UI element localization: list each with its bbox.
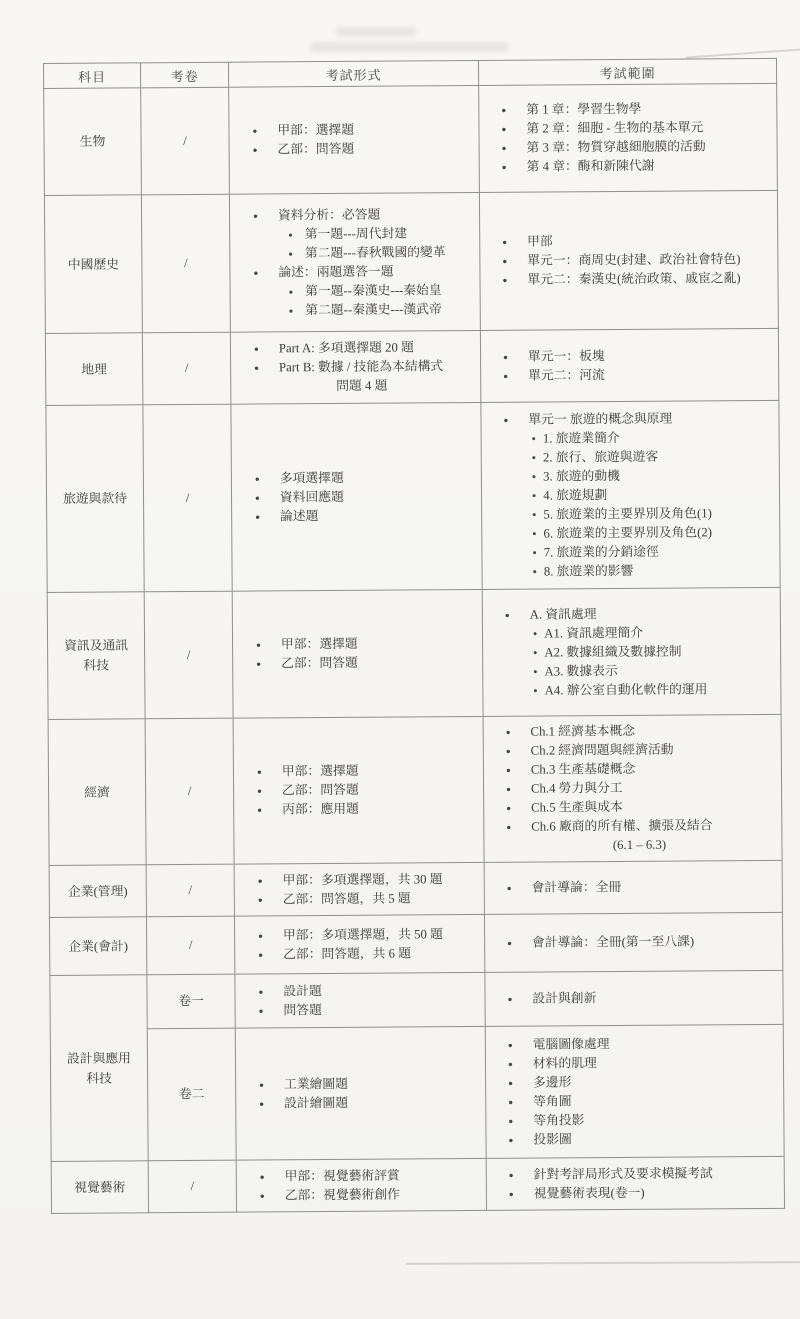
bullet-icon: ● bbox=[258, 890, 263, 909]
bullet-icon: ● bbox=[256, 635, 261, 654]
bullet-icon: ● bbox=[503, 347, 508, 366]
list-item-text: 8. 旅遊業的影響 bbox=[544, 560, 774, 581]
scope-cell: ●甲部●單元一：商周史(封建、政治社會特色)●單元二：秦漢史(統治政策、戚宦之亂… bbox=[479, 190, 778, 330]
list-item: ●單元一：商周史(封建、政治社會特色) bbox=[499, 250, 771, 271]
bullet-icon: ● bbox=[502, 158, 507, 177]
column-header-subject: 科目 bbox=[44, 63, 141, 89]
list-item: ●設計繪圖題 bbox=[256, 1092, 477, 1113]
subject-line: 旅遊與款待 bbox=[49, 488, 141, 509]
subject-line: 科技 bbox=[50, 655, 142, 676]
subject-line: 生物 bbox=[46, 131, 138, 152]
bullet-icon: ● bbox=[258, 926, 263, 945]
list-item: ●4. 旅遊規劃 bbox=[532, 484, 773, 505]
bullet-icon: ● bbox=[254, 358, 259, 377]
bullet-icon: ● bbox=[506, 799, 511, 818]
continuation-line: (6.1 – 6.3) bbox=[503, 835, 775, 856]
list-item: ●第二題---春秋戰國的變革 bbox=[288, 243, 471, 263]
list-item: ●5. 旅遊業的主要界別及角色(1) bbox=[532, 503, 773, 524]
list-item-text: 資料分析：必答題 bbox=[278, 205, 471, 225]
paper-cell: / bbox=[148, 1160, 236, 1213]
list-item: ●第一題---周代封建 bbox=[288, 224, 471, 244]
bullet-icon: ● bbox=[505, 605, 510, 624]
list-item-text: 論述：兩題選答一題 bbox=[278, 262, 471, 282]
list-item: ●第 3 章：物質穿越細胞膜的活動 bbox=[499, 137, 771, 158]
bullet-icon: ● bbox=[507, 990, 512, 1009]
list-item: ●乙部：問答題，共 5 題 bbox=[255, 888, 476, 909]
list-item-text: 視覺藝術表現(卷一) bbox=[534, 1182, 778, 1203]
bullet-icon: ● bbox=[508, 1054, 513, 1073]
scope-cell: ●Ch.1 經濟基本概念●Ch.2 經濟問題與經濟活動●Ch.3 生產基礎概念●… bbox=[483, 714, 782, 862]
list-item: ●2. 旅行、旅遊與遊客 bbox=[532, 446, 773, 467]
exam-spec-table-wrap: 科目 考卷 考試形式 考試範圍 生物/●甲部：選擇題●乙部：問答題●第 1 章：… bbox=[43, 58, 785, 1214]
list-item: ●設計與創新 bbox=[504, 988, 776, 1009]
scope-cell: ●A. 資訊處理●A1. 資訊處理簡介●A2. 數據組織及數據控制●A3. 數據… bbox=[482, 587, 781, 716]
list-item-text: 多項選擇題 bbox=[280, 468, 473, 488]
list-item-text: 乙部：問答題，共 6 題 bbox=[283, 943, 476, 963]
bullet-icon: ● bbox=[254, 340, 259, 359]
list-item-text: 甲部：選擇題 bbox=[277, 120, 470, 140]
bullet-icon: ● bbox=[288, 225, 293, 244]
paper-cell: / bbox=[143, 404, 232, 592]
bullet-icon: ● bbox=[532, 448, 536, 467]
bullet-icon: ● bbox=[258, 982, 263, 1001]
list-item: ●論述題 bbox=[252, 506, 473, 527]
format-cell: ●甲部：選擇題●乙部：問答題 bbox=[232, 589, 483, 718]
list-item: ●第 1 章：學習生物學 bbox=[498, 99, 770, 120]
bleedthrough-text-line-2 bbox=[310, 42, 508, 52]
list-item: ●乙部：問答題 bbox=[253, 653, 474, 674]
list-item-text: 第 1 章：學習生物學 bbox=[526, 99, 770, 120]
list-item-text: Ch.4 勞力與分工 bbox=[531, 778, 775, 799]
list-item: ●多項選擇題 bbox=[252, 468, 473, 489]
list-item-text: 第二題---春秋戰國的變革 bbox=[305, 243, 472, 263]
list-item-text: 3. 旅遊的動機 bbox=[543, 465, 773, 486]
bullet-icon: ● bbox=[532, 562, 536, 581]
list-item-text: 乙部：視覺藝術創作 bbox=[285, 1184, 478, 1204]
list-item: ●甲部：多項選擇題，共 50 題 bbox=[255, 924, 476, 945]
list-item-text: 材料的肌理 bbox=[533, 1052, 777, 1073]
list-item: ●單元一：板塊 bbox=[500, 345, 772, 366]
format-cell: ●甲部：視覺藝術評賞●乙部：視覺藝術創作 bbox=[236, 1158, 486, 1212]
bullet-icon: ● bbox=[507, 934, 512, 953]
list-item: ●視覺藝術表現(卷一) bbox=[506, 1182, 778, 1203]
list-item: ●丙部：應用題 bbox=[254, 799, 475, 820]
paper-cell: / bbox=[146, 864, 234, 917]
paper-cell: / bbox=[142, 332, 231, 405]
table-row: 經濟/●甲部：選擇題●乙部：問答題●丙部：應用題●Ch.1 經濟基本概念●Ch.… bbox=[48, 714, 782, 865]
list-item: ●第 4 章：酶和新陳代謝 bbox=[499, 156, 771, 177]
subject-line: 地理 bbox=[48, 359, 140, 380]
format-cell: ●甲部：選擇題●乙部：問答題●丙部：應用題 bbox=[233, 716, 484, 864]
list-item: ●Ch.1 經濟基本概念 bbox=[503, 721, 775, 742]
bullet-icon: ● bbox=[532, 429, 536, 448]
list-item-text: 設計繪圖題 bbox=[284, 1092, 477, 1112]
subject-cell: 旅遊與款待 bbox=[46, 405, 144, 593]
bullet-icon: ● bbox=[506, 742, 511, 761]
list-item: ●Ch.5 生產與成本 bbox=[503, 797, 775, 818]
table-row: 企業(管理)/●甲部：多項選擇題，共 30 題●乙部：問答題，共 5 題●會計導… bbox=[49, 860, 782, 917]
list-item-text: 7. 旅遊業的分銷途徑 bbox=[544, 541, 774, 562]
list-item-text: Part B: 數據 / 技能為本結構式 bbox=[279, 357, 472, 377]
list-item: ●等角投影 bbox=[505, 1109, 777, 1130]
table-row: 企業(會計)/●甲部：多項選擇題，共 50 題●乙部：問答題，共 6 題●會計導… bbox=[49, 912, 782, 975]
bullet-icon: ● bbox=[502, 233, 507, 252]
list-item-text: 電腦圖像處理 bbox=[533, 1033, 777, 1054]
subject-line: 設計與應用 bbox=[53, 1048, 145, 1069]
list-item-text: 單元一 旅遊的概念與原理 bbox=[528, 408, 772, 429]
bullet-icon: ● bbox=[259, 1075, 264, 1094]
bullet-icon: ● bbox=[259, 1094, 264, 1113]
list-item: ●會計導論：全冊(第一至八課) bbox=[504, 932, 776, 953]
list-item: ●A3. 數據表示 bbox=[533, 660, 774, 681]
list-item-text: 問答題 bbox=[283, 999, 476, 1019]
bleedthrough-text-line-1 bbox=[336, 27, 416, 36]
format-cell: ●Part A: 多項選擇題 20 題●Part B: 數據 / 技能為本結構式… bbox=[230, 330, 480, 404]
table-row: 設計與應用科技卷一●設計題●問答題●設計與創新 bbox=[50, 970, 783, 1029]
list-item: ●工業繪圖題 bbox=[256, 1073, 477, 1094]
list-item-text: 工業繪圖題 bbox=[284, 1073, 477, 1093]
scope-cell: ●第 1 章：學習生物學●第 2 章：細胞 - 生物的基本單元●第 3 章：物質… bbox=[479, 83, 778, 192]
list-item: ●針對考評局形式及要求模擬考試 bbox=[506, 1163, 778, 1184]
bullet-icon: ● bbox=[253, 141, 258, 160]
subject-cell: 中國歷史 bbox=[44, 195, 142, 334]
subject-line: 資訊及通訊 bbox=[50, 635, 142, 656]
table-row: 資訊及通訊科技/●甲部：選擇題●乙部：問答題●A. 資訊處理●A1. 資訊處理簡… bbox=[47, 587, 781, 719]
list-item-text: 設計與創新 bbox=[532, 988, 776, 1009]
list-item: ●資料分析：必答題 bbox=[250, 205, 471, 226]
list-item: ●甲部 bbox=[499, 231, 771, 252]
list-item: ●6. 旅遊業的主要界別及角色(2) bbox=[532, 522, 773, 543]
list-item: ●Ch.3 生產基礎概念 bbox=[503, 759, 775, 780]
list-item-text: 2. 旅行、旅遊與遊客 bbox=[543, 446, 773, 467]
format-cell: ●設計題●問答題 bbox=[235, 972, 485, 1028]
bullet-icon: ● bbox=[503, 366, 508, 385]
list-item-text: 甲部：視覺藝術評賞 bbox=[285, 1165, 478, 1185]
scope-cell: ●電腦圖像處理●材料的肌理●多邊形●等角圖●等角投影●投影圖 bbox=[485, 1024, 784, 1158]
bullet-icon: ● bbox=[255, 488, 260, 507]
list-item: ●Ch.2 經濟問題與經濟活動 bbox=[503, 740, 775, 761]
list-item-text: 第一題---周代封建 bbox=[305, 224, 472, 244]
list-item: ●Part B: 數據 / 技能為本結構式 bbox=[251, 357, 472, 378]
list-item: ●A2. 數據組織及數據控制 bbox=[533, 641, 774, 662]
paper-cell: 卷一 bbox=[147, 974, 235, 1029]
bullet-icon: ● bbox=[533, 624, 537, 643]
bullet-icon: ● bbox=[253, 263, 258, 282]
column-header-paper: 考卷 bbox=[141, 62, 229, 88]
format-cell: ●甲部：多項選擇題，共 30 題●乙部：問答題，共 5 題 bbox=[234, 862, 484, 916]
bullet-icon: ● bbox=[289, 282, 294, 301]
list-item: ●甲部：選擇題 bbox=[253, 634, 474, 655]
bullet-icon: ● bbox=[253, 206, 258, 225]
bullet-icon: ● bbox=[502, 139, 507, 158]
list-item-text: 5. 旅遊業的主要界別及角色(1) bbox=[543, 503, 773, 524]
bullet-icon: ● bbox=[289, 301, 294, 320]
list-item-text: 6. 旅遊業的主要界別及角色(2) bbox=[543, 522, 773, 543]
list-item: ●8. 旅遊業的影響 bbox=[532, 560, 773, 581]
scan-artifact-top-right bbox=[686, 47, 800, 58]
bullet-icon: ● bbox=[258, 871, 263, 890]
bullet-icon: ● bbox=[508, 1130, 513, 1149]
bullet-icon: ● bbox=[260, 1167, 265, 1186]
bullet-icon: ● bbox=[506, 818, 511, 837]
bullet-icon: ● bbox=[533, 662, 537, 681]
paper-cell: / bbox=[144, 591, 233, 719]
scope-cell: ●針對考評局形式及要求模擬考試●視覺藝術表現(卷一) bbox=[486, 1156, 784, 1210]
bullet-icon: ● bbox=[257, 800, 262, 819]
bullet-icon: ● bbox=[252, 122, 257, 141]
bullet-icon: ● bbox=[532, 467, 536, 486]
paper-cell: 卷二 bbox=[147, 1028, 236, 1161]
list-item: ●會計導論：全冊 bbox=[504, 877, 776, 898]
bullet-icon: ● bbox=[532, 524, 536, 543]
list-item: ●Part A: 多項選擇題 20 題 bbox=[251, 338, 472, 359]
subject-cell: 地理 bbox=[45, 333, 143, 406]
subject-cell: 資訊及通訊科技 bbox=[47, 592, 145, 720]
scope-cell: ●單元一：板塊●單元二：河流 bbox=[480, 328, 778, 402]
list-item-text: A1. 資訊處理簡介 bbox=[544, 622, 774, 643]
bullet-icon: ● bbox=[507, 879, 512, 898]
list-item-text: 甲部 bbox=[527, 231, 771, 252]
format-cell: ●多項選擇題●資料回應題●論述題 bbox=[231, 402, 482, 591]
list-item-text: 第一題--秦漢史---秦始皇 bbox=[305, 281, 472, 301]
list-item-text: 乙部：問答題 bbox=[281, 653, 474, 673]
list-item-text: A. 資訊處理 bbox=[530, 603, 774, 624]
list-item: ●第二題--秦漢史---漢武帝 bbox=[289, 300, 472, 320]
subject-cell: 生物 bbox=[44, 88, 142, 196]
list-item-text: 投影圖 bbox=[533, 1128, 777, 1149]
list-item-text: A4. 辦公室自動化軟件的運用 bbox=[545, 679, 775, 700]
exam-spec-table: 科目 考卷 考試形式 考試範圍 生物/●甲部：選擇題●乙部：問答題●第 1 章：… bbox=[43, 58, 785, 1214]
format-cell: ●甲部：選擇題●乙部：問答題 bbox=[229, 85, 480, 194]
list-item-text: 乙部：問答題 bbox=[277, 139, 470, 159]
bullet-icon: ● bbox=[509, 1184, 514, 1203]
list-item-text: 第二題--秦漢史---漢武帝 bbox=[305, 300, 472, 320]
bullet-icon: ● bbox=[258, 945, 263, 964]
subject-line: 科技 bbox=[53, 1068, 145, 1089]
table-row: 卷二●工業繪圖題●設計繪圖題●電腦圖像處理●材料的肌理●多邊形●等角圖●等角投影… bbox=[50, 1024, 784, 1161]
list-item-text: 單元一：商周史(封建、政治社會特色) bbox=[527, 250, 771, 271]
bullet-icon: ● bbox=[532, 486, 536, 505]
list-item: ●設計題 bbox=[255, 980, 476, 1001]
subject-cell: 企業(會計) bbox=[49, 917, 146, 976]
subject-line: 企業(會計) bbox=[52, 936, 144, 957]
paper-cell: / bbox=[141, 194, 230, 333]
subject-cell: 經濟 bbox=[48, 719, 146, 866]
bullet-icon: ● bbox=[259, 1001, 264, 1020]
list-item: ●甲部：多項選擇題，共 30 題 bbox=[255, 869, 476, 890]
list-item: ●3. 旅遊的動機 bbox=[532, 465, 773, 486]
list-item: ●等角圖 bbox=[505, 1090, 777, 1111]
list-item: ●單元二：秦漢史(統治政策、戚宦之亂) bbox=[499, 269, 771, 290]
list-item: ●第 2 章：細胞 - 生物的基本單元 bbox=[498, 118, 770, 139]
list-item: ●乙部：問答題，共 6 題 bbox=[255, 943, 476, 964]
list-item: ●電腦圖像處理 bbox=[505, 1033, 777, 1054]
subject-cell: 設計與應用科技 bbox=[50, 975, 148, 1162]
bullet-icon: ● bbox=[508, 1035, 513, 1054]
subject-line: 視覺藝術 bbox=[54, 1177, 146, 1198]
subject-cell: 視覺藝術 bbox=[51, 1161, 148, 1214]
bullet-icon: ● bbox=[260, 1186, 265, 1205]
list-item-text: Ch.5 生產與成本 bbox=[531, 797, 775, 818]
list-item-text: 乙部：問答題，共 5 題 bbox=[283, 888, 476, 908]
list-item-text: 會計導論：全冊 bbox=[532, 877, 776, 898]
format-cell: ●資料分析：必答題●第一題---周代封建●第二題---春秋戰國的變革●論述：兩題… bbox=[229, 192, 480, 332]
paper-cell: / bbox=[146, 916, 234, 975]
list-item: ●多邊形 bbox=[505, 1071, 777, 1092]
list-item-text: 設計題 bbox=[283, 980, 476, 1000]
list-item-text: Ch.2 經濟問題與經濟活動 bbox=[531, 740, 775, 761]
bullet-icon: ● bbox=[288, 244, 293, 263]
paper-cell: / bbox=[145, 718, 234, 865]
bullet-icon: ● bbox=[256, 654, 261, 673]
list-item: ●乙部：問答題 bbox=[254, 780, 475, 801]
list-item: ●A. 資訊處理 bbox=[502, 603, 774, 624]
list-item: ●A4. 辦公室自動化軟件的運用 bbox=[533, 679, 774, 700]
list-item: ●單元一 旅遊的概念與原理 bbox=[500, 408, 772, 429]
bullet-icon: ● bbox=[533, 681, 537, 700]
list-item: ●7. 旅遊業的分銷途徑 bbox=[532, 541, 773, 562]
table-row: 地理/●Part A: 多項選擇題 20 題●Part B: 數據 / 技能為本… bbox=[45, 328, 778, 405]
bullet-icon: ● bbox=[506, 761, 511, 780]
bullet-icon: ● bbox=[501, 120, 506, 139]
bullet-icon: ● bbox=[502, 271, 507, 290]
list-item-text: 等角投影 bbox=[533, 1109, 777, 1130]
list-item: ●問答題 bbox=[256, 999, 477, 1020]
scanned-page: 科目 考卷 考試形式 考試範圍 生物/●甲部：選擇題●乙部：問答題●第 1 章：… bbox=[0, 0, 800, 1319]
list-item-text: 甲部：多項選擇題，共 30 題 bbox=[282, 869, 475, 889]
scope-cell: ●單元一 旅遊的概念與原理●1. 旅遊業簡介●2. 旅行、旅遊與遊客●3. 旅遊… bbox=[481, 400, 780, 589]
list-item-text: 乙部：問答題 bbox=[282, 780, 475, 800]
bullet-icon: ● bbox=[506, 780, 511, 799]
list-item-text: 單元二：秦漢史(統治政策、戚宦之亂) bbox=[527, 269, 771, 290]
column-header-format: 考試形式 bbox=[228, 60, 478, 87]
bullet-icon: ● bbox=[508, 1073, 513, 1092]
list-item: ●乙部：視覺藝術創作 bbox=[257, 1184, 478, 1205]
list-item-text: 丙部：應用題 bbox=[282, 799, 475, 819]
subject-line: 企業(管理) bbox=[52, 881, 144, 902]
list-item: ●A1. 資訊處理簡介 bbox=[533, 622, 774, 643]
bullet-icon: ● bbox=[255, 469, 260, 488]
list-item: ●Ch.6 廠商的所有權、擴張及結合 bbox=[503, 816, 775, 837]
list-item-text: 針對考評局形式及要求模擬考試 bbox=[534, 1163, 778, 1184]
bullet-icon: ● bbox=[257, 762, 262, 781]
bullet-icon: ● bbox=[532, 543, 536, 562]
list-item-text: 論述題 bbox=[280, 506, 473, 526]
list-item: ●甲部：視覺藝術評賞 bbox=[257, 1165, 478, 1186]
scope-cell: ●設計與創新 bbox=[485, 970, 783, 1026]
list-item-text: Ch.1 經濟基本概念 bbox=[530, 721, 774, 742]
continuation-line: 問題 4 題 bbox=[251, 376, 472, 397]
list-item-text: 第 2 章：細胞 - 生物的基本單元 bbox=[526, 118, 770, 139]
list-item: ●第一題--秦漢史---秦始皇 bbox=[289, 281, 472, 301]
list-item-text: 4. 旅遊規劃 bbox=[543, 484, 773, 505]
list-item-text: A2. 數據組織及數據控制 bbox=[544, 641, 774, 662]
list-item: ●資料回應題 bbox=[252, 487, 473, 508]
table-row: 生物/●甲部：選擇題●乙部：問答題●第 1 章：學習生物學●第 2 章：細胞 -… bbox=[44, 83, 778, 195]
scan-artifact-bottom-right bbox=[406, 1261, 800, 1265]
list-item-text: 甲部：選擇題 bbox=[281, 634, 474, 654]
subject-line: 經濟 bbox=[51, 782, 143, 803]
exam-table-body: 生物/●甲部：選擇題●乙部：問答題●第 1 章：學習生物學●第 2 章：細胞 -… bbox=[44, 83, 785, 1213]
bullet-icon: ● bbox=[501, 101, 506, 120]
bullet-icon: ● bbox=[508, 1111, 513, 1130]
list-item-text: Ch.3 生產基礎概念 bbox=[531, 759, 775, 780]
bullet-icon: ● bbox=[508, 1092, 513, 1111]
list-item: ●Ch.4 勞力與分工 bbox=[503, 778, 775, 799]
list-item-text: 資料回應題 bbox=[280, 487, 473, 507]
list-item-text: 等角圖 bbox=[533, 1090, 777, 1111]
list-item-text: 第 4 章：酶和新陳代謝 bbox=[527, 156, 771, 177]
subject-cell: 企業(管理) bbox=[49, 865, 146, 918]
list-item-text: 單元二：河流 bbox=[528, 364, 772, 385]
list-item-text: 單元一：板塊 bbox=[528, 345, 772, 366]
list-item: ●乙部：問答題 bbox=[250, 139, 471, 160]
table-row: 視覺藝術/●甲部：視覺藝術評賞●乙部：視覺藝術創作●針對考評局形式及要求模擬考試… bbox=[51, 1156, 784, 1213]
list-item-text: 會計導論：全冊(第一至八課) bbox=[532, 932, 776, 953]
list-item: ●材料的肌理 bbox=[505, 1052, 777, 1073]
scope-cell: ●會計導論：全冊 bbox=[484, 860, 782, 914]
list-item: ●甲部：選擇題 bbox=[254, 761, 475, 782]
list-item: ●論述：兩題選答一題 bbox=[250, 262, 471, 283]
list-item: ●投影圖 bbox=[505, 1128, 777, 1149]
paper-cell: / bbox=[141, 87, 230, 195]
list-item-text: Part A: 多項選擇題 20 題 bbox=[279, 338, 472, 358]
bullet-icon: ● bbox=[509, 1165, 514, 1184]
list-item-text: 甲部：多項選擇題，共 50 題 bbox=[283, 924, 476, 944]
bullet-icon: ● bbox=[502, 252, 507, 271]
table-row: 旅遊與款待/●多項選擇題●資料回應題●論述題●單元一 旅遊的概念與原理●1. 旅… bbox=[46, 400, 780, 592]
bullet-icon: ● bbox=[503, 410, 508, 429]
format-cell: ●工業繪圖題●設計繪圖題 bbox=[235, 1026, 486, 1160]
subject-line: 中國歷史 bbox=[47, 254, 139, 275]
bullet-icon: ● bbox=[255, 507, 260, 526]
list-item-text: A3. 數據表示 bbox=[544, 660, 774, 681]
bullet-icon: ● bbox=[533, 643, 537, 662]
table-row: 中國歷史/●資料分析：必答題●第一題---周代封建●第二題---春秋戰國的變革●… bbox=[44, 190, 778, 333]
scope-cell: ●會計導論：全冊(第一至八課) bbox=[484, 912, 782, 972]
list-item-text: 1. 旅遊業簡介 bbox=[543, 427, 773, 448]
bullet-icon: ● bbox=[532, 505, 536, 524]
bullet-icon: ● bbox=[506, 723, 511, 742]
list-item-text: 多邊形 bbox=[533, 1071, 777, 1092]
format-cell: ●甲部：多項選擇題，共 50 題●乙部：問答題，共 6 題 bbox=[234, 914, 484, 974]
list-item: ●1. 旅遊業簡介 bbox=[532, 427, 773, 448]
list-item: ●甲部：選擇題 bbox=[249, 120, 470, 141]
list-item-text: 甲部：選擇題 bbox=[282, 761, 475, 781]
bullet-icon: ● bbox=[257, 781, 262, 800]
list-item-text: 第 3 章：物質穿越細胞膜的活動 bbox=[526, 137, 770, 158]
column-header-scope: 考試範圍 bbox=[478, 58, 776, 85]
list-item: ●單元二：河流 bbox=[500, 364, 772, 385]
list-item-text: Ch.6 廠商的所有權、擴張及結合 bbox=[531, 816, 775, 837]
